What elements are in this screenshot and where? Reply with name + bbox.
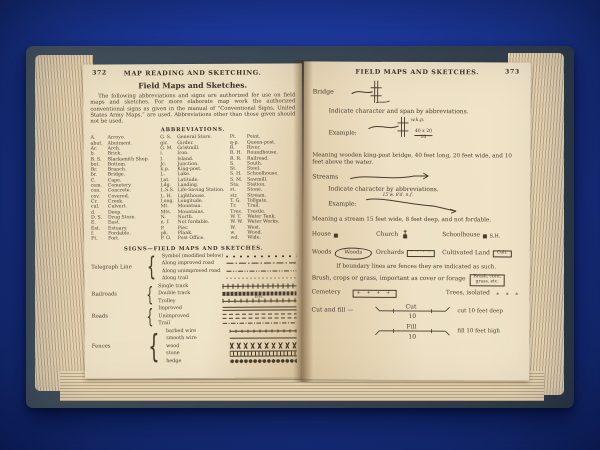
abbreviation: wd. (230, 236, 247, 241)
sign-rows: Improved Unimproved Trail (158, 305, 296, 326)
sign-row: Along unimproved road (162, 268, 296, 275)
map-sign-symbol (226, 267, 296, 274)
woods-feature: Woods Woods (312, 247, 376, 259)
schoolhouse-feature: Schoolhouse S.H. (442, 233, 521, 241)
sign-row: hedge (166, 358, 297, 365)
abbreviation-entry: wd. Wide. (230, 236, 296, 242)
fences-note: If boundary lines are fences they are in… (312, 263, 521, 271)
abbreviation-meaning: Fort. (108, 236, 157, 242)
sign-name: Improved (158, 306, 222, 311)
features-grid: House Church Schoolhouse S.H. (312, 229, 521, 260)
sign-name: Single track (158, 284, 222, 289)
cut-diagram: Cut 10 (373, 301, 451, 322)
running-head: FIELD MAPS AND SKETCHES. (355, 68, 479, 77)
sign-row: Along trail (162, 275, 296, 282)
sign-rows: barbed wire smooth wire wood (166, 328, 297, 364)
map-sign-symbol (222, 282, 296, 289)
abbreviations-table: A. Arroyo. abut. Abutment. Ar. Arch. (90, 135, 296, 243)
schoolhouse-symbol-text: S.H. (490, 233, 501, 239)
open-book: 372 MAP READING AND SKETCHING. Field Map… (26, 46, 574, 408)
orchards-label: Orchards (376, 250, 404, 258)
sign-rows: Symbol (modified below) Along improved r… (162, 253, 297, 282)
sign-row: stone (166, 350, 297, 357)
stream-example-annotation: 15′w. 8′d. n.f. (382, 193, 412, 199)
abbreviation: P. O. (161, 236, 178, 241)
sign-name: Along trail (162, 276, 226, 281)
brace-glyph (144, 330, 165, 362)
brush-symbol: Brush, corn, grass, etc. (469, 274, 505, 286)
streams-label: Streams (312, 174, 338, 182)
symbol-note: Elec. (255, 295, 264, 299)
right-page: FIELD MAPS AND SKETCHES. 373 Bridge (302, 61, 531, 380)
brace-glyph (143, 284, 156, 304)
sign-rows: Single track Double track Trolley (158, 283, 296, 304)
sign-row: barbed wire (166, 328, 297, 335)
sign-row: smooth wire (166, 335, 297, 342)
brace-glyph (144, 307, 157, 327)
bridge-example-annotation: w.k.p. (411, 118, 425, 124)
running-head: MAP READING AND SKETCHING. (124, 69, 262, 78)
map-sign-symbol (230, 327, 297, 334)
abbreviations-heading: ABBREVIATIONS. (90, 127, 295, 134)
fill-diagram: Fill 10 (373, 321, 451, 342)
photo-background: 372 MAP READING AND SKETCHING. Field Map… (0, 0, 600, 450)
abbreviation-entry: Ft. Fort. (91, 236, 157, 242)
sign-row: Symbol (modified below) (162, 253, 296, 260)
bridge-example-row: Example: w.k.p. 40 x 20 10 (328, 115, 521, 153)
fill-note: fill 10 feet high (457, 329, 500, 336)
signs-heading: SIGNS—FIELD MAPS AND SKETCHES. (91, 245, 296, 252)
sign-group-fences: Fences barbed wire smooth wire (92, 328, 297, 365)
house-label: House (312, 232, 331, 239)
map-sign-symbol (222, 312, 296, 319)
cemetery-trees-row: Cemetery + + + + Trees, isolated ∗ ∗ ∗ (312, 289, 521, 298)
sign-name: Along unimproved road (162, 269, 226, 274)
right-running-head-row: FIELD MAPS AND SKETCHES. 373 (313, 67, 522, 76)
map-sign-symbol (222, 305, 296, 312)
sign-name: stone (166, 351, 230, 356)
chapter-title: Field Maps and Sketches. (90, 80, 295, 90)
sign-name: Unimproved (158, 314, 222, 319)
sign-name: Double track (158, 291, 222, 296)
sign-group-label: Fences (92, 344, 144, 350)
sign-name: Trail (158, 321, 222, 326)
brace-glyph (143, 255, 160, 281)
svg-text:Fill: Fill (406, 323, 416, 330)
bridge-example-fraction: 40 x 20 10 (415, 130, 432, 141)
brush-symbol-line2: grass, etc. (473, 280, 500, 285)
map-sign-symbol (230, 357, 297, 364)
sign-row: Trail (158, 320, 296, 327)
book-gutter-shadow (293, 60, 313, 382)
schoolhouse-label: Schoolhouse (442, 233, 480, 241)
sign-name: wood (166, 344, 230, 349)
page-number: 373 (505, 68, 520, 76)
bridge-symbol-sketch (348, 79, 402, 108)
streams-section: Streams Indicate character by abbreviati… (312, 169, 521, 225)
sign-group-label: Railroads (91, 291, 143, 297)
orchards-feature: Orchards · · · · (376, 250, 442, 258)
map-sign-symbol (230, 350, 297, 357)
church-label: Church (376, 232, 398, 239)
woods-label: Woods (312, 249, 332, 256)
streams-example-row: Example: 15′w. 8′d. n.f. (328, 193, 521, 217)
svg-text:10: 10 (408, 333, 416, 340)
church-feature: Church (376, 229, 442, 243)
abbreviations-column-2: G. S. General Store. gir. Girder. G. M. … (160, 135, 226, 242)
cut-note: cut 10 feet deep (458, 308, 503, 315)
abbreviation-entry: P. O. Post Office. (161, 236, 227, 242)
fill-item: Fill 10 fill 10 feet high (373, 321, 520, 342)
map-sign-symbol (226, 274, 296, 281)
bridge-example-sketch: w.k.p. 40 x 20 10 (367, 115, 459, 152)
sign-group-label: Roads (92, 314, 144, 320)
example-label: Example: (328, 201, 356, 209)
abbreviation-meaning: Wide. (247, 236, 296, 242)
sign-name: Symbol (modified below) (162, 254, 226, 259)
map-sign-symbol: Elec. (222, 297, 296, 304)
abbreviation-meaning: Post Office. (178, 236, 227, 242)
isolated-trees-symbol: ∗ ∗ ∗ (496, 291, 521, 298)
brush-text: Brush, crops or grass, important as cove… (312, 276, 466, 284)
stream-symbol-sketch (348, 169, 438, 186)
sign-row: Trolley Elec. (158, 298, 296, 305)
stream-example-sketch: 15′w. 8′d. n.f. (364, 193, 464, 216)
intro-paragraph: The following abbreviations and signs ar… (90, 92, 295, 125)
page-number: 372 (92, 70, 107, 77)
sign-row: Double track (158, 290, 296, 297)
sign-name: hedge (166, 358, 230, 363)
sign-name: Trolley (158, 299, 222, 304)
sign-group-telegraph: Telegraph Line Symbol (modified below) A… (91, 253, 296, 282)
sign-row: Single track (158, 283, 296, 290)
sign-row: wood (166, 343, 297, 350)
streams-meaning: Meaning a stream 15 feet wide, 8 feet de… (312, 217, 521, 225)
cultivated-land-feature: Cultivated Land Cult. (442, 250, 521, 258)
sign-name: smooth wire (166, 336, 230, 341)
house-feature: House (312, 232, 376, 240)
map-sign-symbol (230, 335, 297, 342)
map-sign-symbol (226, 260, 296, 267)
left-running-head-row: 372 MAP READING AND SKETCHING. (90, 68, 295, 77)
cemetery-symbol: + + + + (353, 290, 397, 298)
sign-name: Along improved road (162, 261, 226, 266)
bridge-label: Bridge (313, 89, 334, 97)
brush-row: Brush, crops or grass, important as cove… (312, 273, 521, 286)
sign-group-railroads: Railroads Single track Double track (91, 283, 296, 305)
bridge-meaning: Meaning wooden king-post bridge, 40 feet… (312, 152, 521, 167)
abbreviation: Ft. (91, 237, 108, 242)
left-page: 372 MAP READING AND SKETCHING. Field Map… (83, 63, 304, 378)
sign-group-label: Telegraph Line (91, 265, 143, 271)
cultivated-land-label: Cultivated Land (442, 250, 490, 258)
example-label: Example: (328, 129, 356, 137)
orchards-symbol: · · · · (407, 250, 435, 258)
fraction-numerator: 40 x 20 (415, 129, 432, 134)
trees-label: Trees, isolated (446, 290, 490, 298)
svg-text:Cut: Cut (406, 304, 417, 311)
map-sign-symbol (222, 320, 296, 327)
map-sign-symbol (226, 252, 296, 259)
cemetery-label: Cemetery (312, 290, 341, 298)
sign-row: Improved (158, 305, 296, 312)
woods-symbol: Woods (334, 247, 372, 259)
sign-row: Unimproved (158, 313, 296, 320)
map-sign-symbol (230, 342, 297, 349)
signs-table: Telegraph Line Symbol (modified below) A… (91, 253, 297, 365)
fraction-denominator: 10 (415, 135, 432, 141)
cultivated-land-symbol: Cult. (493, 250, 512, 258)
schoolhouse-symbol-icon (483, 235, 487, 239)
cut-and-fill-section: Cut and fill — Cut 10 cut 10 feet deep (311, 301, 520, 343)
cut-item: Cut 10 cut 10 feet deep (373, 301, 520, 322)
abbreviations-column-1: A. Arroyo. abut. Abutment. Ar. Arch. (90, 135, 156, 242)
house-symbol-icon (334, 234, 338, 238)
bridge-section: Bridge Indicate character and span by ab… (312, 78, 521, 167)
sign-row: Along improved road (162, 260, 296, 267)
sign-name: barbed wire (166, 329, 230, 334)
abbreviations-column-3: Pt. Point. q-p. Queen-post. R. River. (230, 135, 296, 242)
svg-text:10: 10 (408, 313, 416, 319)
church-symbol-icon (401, 229, 410, 242)
cut-and-fill-label: Cut and fill — (311, 301, 373, 342)
sign-group-roads: Roads Improved Unimproved (92, 305, 297, 327)
